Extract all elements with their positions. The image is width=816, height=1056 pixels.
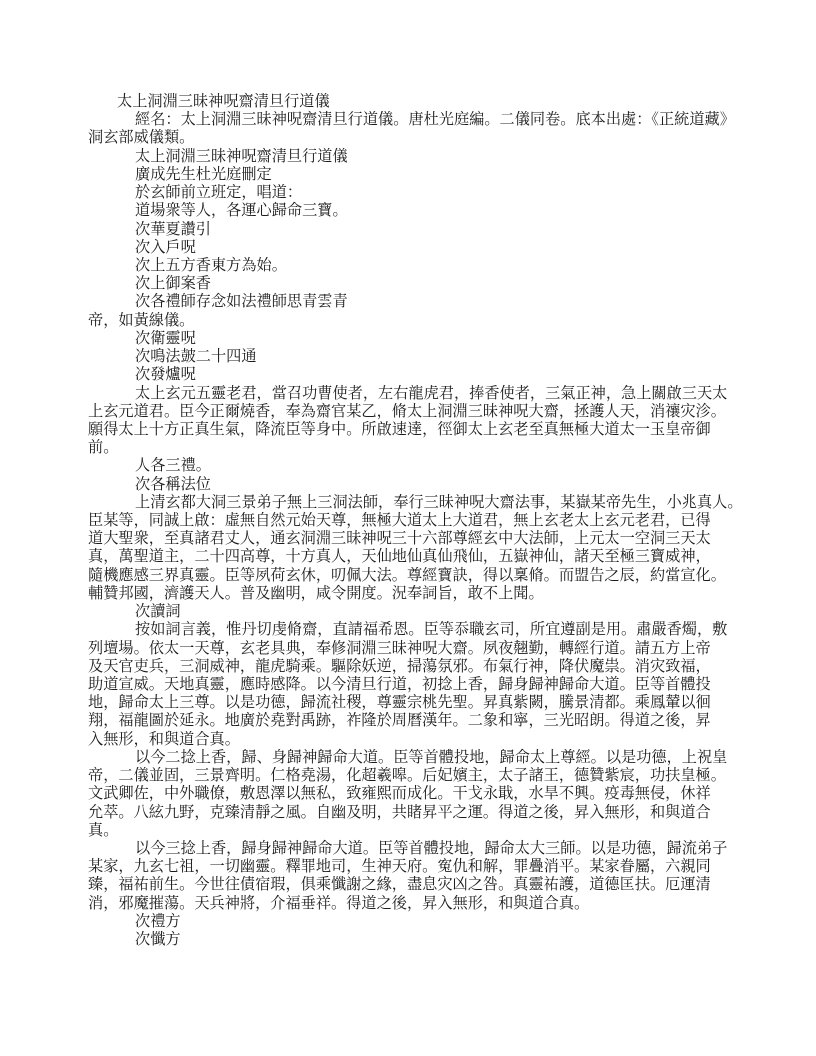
text-line: 帝，如黃線儀。 [88,312,729,330]
text-line: 於玄師前立班定，唱道： [88,184,729,202]
text-line: 文武卿佐，中外職僚，敷恩澤以無私，致雍熙而成化。干戈永戢，水旱不興。疫毒無侵，休… [88,785,729,803]
text-line: 及天官吏兵，三洞威神，龍虎騎乘。驅除妖逆，掃蕩氛邪。布氣行神，降伏魔祟。消灾致福… [88,658,729,676]
text-line: 隨機應感三界真靈。臣等夙荷玄休，叨佩大法。尊經寶訣，得以稟脩。而盟告之辰，約當宣… [88,567,729,585]
text-line: 按如詞言義，惟丹切虔脩齋，直請福希恩。臣等忝職玄司，所宜遵副是用。肅嚴香燭，敷 [88,621,729,639]
text-line: 列壇場。依太一天尊，玄老具典，奉修洞淵三昧神呪大齋。夙夜翹勤，轉經行道。請五方上… [88,640,729,658]
text-line: 以今二捻上香，歸、身歸神歸命大道。臣等首體投地，歸命太上尊經。以是功德，上祝皇 [88,749,729,767]
text-line: 次鳴法皷二十四通 [88,348,729,366]
text-line: 經名：太上洞淵三昧神呪齋清旦行道儀。唐杜光庭編。二儀同卷。底本出處：《正統道藏》 [88,111,729,129]
text-line: 次禮方 [88,913,729,931]
text-line: 次懺方 [88,931,729,949]
text-line: 真，萬聖道主，二十四高尊，十方真人，天仙地仙真仙飛仙，五嶽神仙，諸天至極三寶威神… [88,548,729,566]
text-line: 帝，二儀並固，三景齊明。仁格堯湯，化超羲嗥。后妃嬪主，太子諸王，德贊紫宸，功扶皇… [88,767,729,785]
text-line: 次衛靈呪 [88,330,729,348]
text-line: 以今三捻上香，歸身歸神歸命大道。臣等首體投地，歸命太大三師。以是功德，歸流弟子 [88,840,729,858]
text-line: 助道宣威。天地真靈，應時感降。以今清旦行道，初捻上香，歸身歸神歸命大道。臣等首體… [88,676,729,694]
text-line: 真。 [88,822,729,840]
page-title: 太上洞淵三昧神呪齋清旦行道儀 [88,93,729,111]
text-line: 人各三禮。 [88,457,729,475]
text-line: 臻，福祐前生。今世往債宿瑕，俱乘懺謝之緣，盡息灾凶之咎。真靈祐護，道德匡扶。厄運… [88,876,729,894]
text-line: 次入戶呪 [88,239,729,257]
text-line: 次上五方香東方為始。 [88,257,729,275]
text-line: 次各禮師存念如法禮師思青雲青 [88,293,729,311]
text-line: 太上洞淵三昧神呪齋清旦行道儀 [88,148,729,166]
document-page: 太上洞淵三昧神呪齋清旦行道儀 經名：太上洞淵三昧神呪齋清旦行道儀。唐杜光庭編。二… [88,93,729,949]
text-line: 輔贊邦國，濟護天人。普及幽明，咸令開度。況奉詞旨，敢不上聞。 [88,585,729,603]
text-line: 太上玄元五靈老君，當召功曹使者，左右龍虎君，捧香使者，三氣正神，急上關啟三天太 [88,385,729,403]
text-line: 次上御案香 [88,275,729,293]
text-line: 願得太上十方正真生氣，降流臣等身中。所啟速達，徑御太上玄老至真無極大道太一玉皇帝… [88,421,729,439]
text-line: 允萃。八絃九野，克臻清靜之風。自幽及明，共睹昇平之運。得道之後，昇入無形，和與道… [88,804,729,822]
text-line: 地，歸命太上三尊。以是功德，歸流社稷，尊靈宗桃先聖。昇真紫闕，騰景清都。乘鳳輦以… [88,694,729,712]
text-line: 次華夏讚引 [88,221,729,239]
text-line: 臣某等，同誠上啟：虛無自然元始天尊，無極大道太上大道君，無上玄老太上玄元老君，已… [88,512,729,530]
text-line: 次發爐呪 [88,366,729,384]
text-line: 廣成先生杜光庭刪定 [88,166,729,184]
text-line: 道大聖衆，至真諸君丈人，通玄洞淵三昧神呪三十六部尊經玄中大法師，上元太一空洞三天… [88,530,729,548]
text-line: 消，邪魔摧蕩。天兵神將，介福垂祥。得道之後，昇入無形，和與道合真。 [88,895,729,913]
text-line: 入無形，和與道合真。 [88,731,729,749]
text-line: 次各稱法位 [88,476,729,494]
text-line: 次讀詞 [88,603,729,621]
text-line: 上玄元道君。臣今正爾燒香，奉為齋官某乙，脩太上洞淵三昧神呪大齋，拯護人天，消禳灾… [88,403,729,421]
text-line: 某家，九玄七祖，一切幽靈。釋罪地司，生神天府。寃仇和解，罪疊消平。某家眷屬，六親… [88,858,729,876]
text-line: 洞玄部威儀類。 [88,129,729,147]
text-line: 道場衆等人，各運心歸命三寶。 [88,202,729,220]
text-line: 上清玄都大洞三景弟子無上三洞法師，奉行三昧神呪大齋法事，某嶽某帝先生，小兆真人。 [88,494,729,512]
text-line: 前。 [88,439,729,457]
text-line: 翔，福龍圖於延永。地廣於堯對禹跡，祚隆於周曆漢年。二象和寧，三光昭朗。得道之後，… [88,712,729,730]
